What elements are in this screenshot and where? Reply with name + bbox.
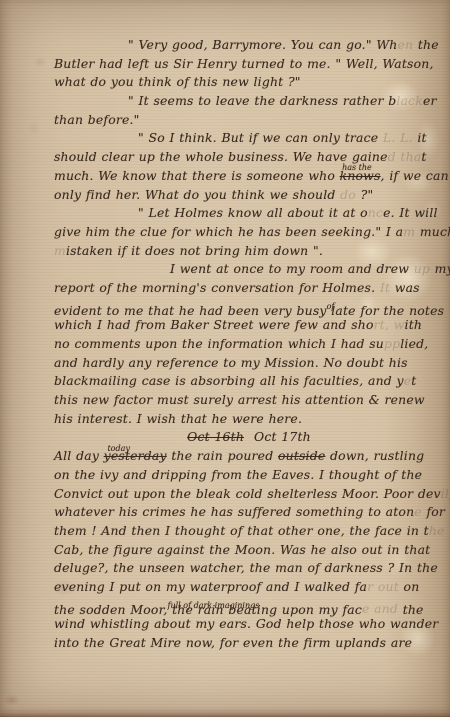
manuscript-line: Butler had left us Sir Henry turned to m… <box>54 55 444 74</box>
manuscript-line: wind whistling about my ears. God help t… <box>54 615 444 634</box>
text-segment: evident to me that he had been very busy <box>54 302 327 317</box>
manuscript-line: deluge?, the unseen watcher, the man of … <box>54 559 444 578</box>
manuscript-text: " Very good, Barrymore. You can go." Whe… <box>54 36 444 653</box>
faded-text: It <box>380 280 390 295</box>
manuscript-line: no comments upon the information which I… <box>54 335 444 354</box>
text-segment: " So I think. But if we can only trace <box>138 130 383 145</box>
manuscript-line: whatever his crimes he has suffered some… <box>54 503 444 522</box>
text-segment: much <box>415 224 450 239</box>
faded-text: L. L. <box>383 130 413 145</box>
struck-text: outside <box>278 448 325 463</box>
text-segment: , if we can <box>381 168 449 183</box>
text-segment: the <box>398 601 424 616</box>
faded-text: e <box>414 504 422 519</box>
interlinear-insertion: today <box>107 440 129 459</box>
text-segment: " Very good, Barrymore. You can go." Wh <box>128 37 397 52</box>
manuscript-line: " So I think. But if we can only trace L… <box>54 129 444 148</box>
manuscript-page: " Very good, Barrymore. You can go." Whe… <box>0 0 450 717</box>
manuscript-line: I went at once to my room and drew up my <box>54 260 444 279</box>
text-segment: I went at once to my room and drew <box>170 261 414 276</box>
faded-text: m <box>54 243 66 258</box>
text-segment: the rain beating upon my fac <box>167 601 362 616</box>
text-segment: the rain poured <box>167 448 278 463</box>
interlinear-insertion: has the <box>342 159 372 178</box>
text-segment: this new factor must surely arrest his a… <box>54 392 425 407</box>
faded-text: up <box>414 261 430 276</box>
manuscript-line: " It seems to leave the darkness rather … <box>54 92 444 111</box>
text-segment: late for the notes <box>327 302 445 317</box>
manuscript-line: on the ivy and dripping from the Eaves. … <box>54 466 444 485</box>
manuscript-line: " Let Holmes know all about it at once. … <box>54 204 444 223</box>
text-segment: the <box>413 37 439 52</box>
faded-text: en <box>397 37 413 52</box>
manuscript-line: evening I put on my waterproof and I wal… <box>54 578 444 597</box>
text-segment: no comments upon the information which I… <box>54 336 384 351</box>
manuscript-line: All day todayyesterday the rain poured o… <box>54 447 444 466</box>
text-segment: deluge?, the unseen watcher, the man of … <box>54 560 438 575</box>
text-segment: ?" <box>356 187 373 202</box>
text-segment: evening I put on my waterproof and I wal… <box>54 579 367 594</box>
text-segment: All day <box>54 448 104 463</box>
manuscript-line: than before." <box>54 111 444 130</box>
faded-text: nc <box>368 205 383 220</box>
text-segment: them ! And then I thought of that other … <box>54 523 429 538</box>
text-segment: it <box>413 130 427 145</box>
manuscript-line: this new factor must surely arrest his a… <box>54 391 444 410</box>
faded-text: lack <box>396 93 423 108</box>
text-segment: whatever his crimes he has suffered some… <box>54 504 414 519</box>
text-segment: my <box>430 261 450 276</box>
manuscript-line: Cab, the figure against the Moon. Was he… <box>54 541 444 560</box>
faded-text: rt, w <box>374 317 405 332</box>
faded-text: e and <box>362 601 398 616</box>
manuscript-line: report of the morning's conversation for… <box>54 279 444 298</box>
manuscript-line: much. We know that there is someone who … <box>54 167 444 186</box>
faded-text: m <box>403 224 415 239</box>
struck-text: Oct 16th <box>187 429 244 444</box>
faded-text: d tha <box>388 149 422 164</box>
text-segment: much. We know that there is someone who <box>54 168 340 183</box>
text-segment: on the ivy and dripping from the Eaves. … <box>54 467 422 482</box>
faded-text: r out <box>367 579 399 594</box>
text-segment: t <box>421 149 426 164</box>
faded-text: do <box>340 187 356 202</box>
manuscript-line: which I had from Baker Street were few a… <box>54 316 444 335</box>
text-segment: only find her. What do you think we shou… <box>54 187 340 202</box>
manuscript-line: blackmailing case is absorbing all his f… <box>54 372 444 391</box>
manuscript-line: give him the clue for which he has been … <box>54 223 444 242</box>
manuscript-line: should clear up the whole business. We h… <box>54 148 444 167</box>
faded-text: il <box>441 486 449 501</box>
text-segment: down, rustling <box>325 448 424 463</box>
text-segment: what do you think of this new light ?" <box>54 74 301 89</box>
text-segment: " Let Holmes know all about it at o <box>138 205 368 220</box>
text-segment: for <box>422 504 445 519</box>
text-segment: " It seems to leave the darkness rather … <box>128 93 396 108</box>
text-segment: and hardly any reference to my Mission. … <box>54 355 408 370</box>
manuscript-line: " Very good, Barrymore. You can go." Whe… <box>54 36 444 55</box>
text-segment: t <box>411 373 416 388</box>
text-segment: Convict out upon the bleak cold shelterl… <box>54 486 441 501</box>
manuscript-line: into the Great Mire now, for even the fi… <box>54 634 444 653</box>
text-segment: wind whistling about my ears. God help t… <box>54 616 438 631</box>
text-segment: his interest. I wish that he were here. <box>54 411 302 426</box>
text-segment: Oct 17th <box>254 429 311 444</box>
faded-text: pp <box>384 336 400 351</box>
correction: todayyesterday <box>104 447 167 466</box>
correction: has theknows <box>340 167 381 186</box>
text-segment: blackmailing case is absorbing all his f… <box>54 373 404 388</box>
text-segment: Butler had left us Sir Henry turned to m… <box>54 56 434 71</box>
text-segment: into the Great Mire now, for even the fi… <box>54 635 412 650</box>
manuscript-line: what do you think of this new light ?" <box>54 73 444 92</box>
faded-text: e <box>404 373 412 388</box>
text-segment: lied, <box>400 336 428 351</box>
manuscript-line: evident to me that he had been very busy… <box>54 298 444 317</box>
text-segment: report of the morning's conversation for… <box>54 280 380 295</box>
manuscript-line: and hardly any reference to my Mission. … <box>54 354 444 373</box>
text-segment: should clear up the whole business. We h… <box>54 149 388 164</box>
text-segment: than before." <box>54 112 140 127</box>
text-segment: give him the clue for which he has been … <box>54 224 403 239</box>
manuscript-line: Convict out upon the bleak cold shelterl… <box>54 485 444 504</box>
text-segment: was <box>390 280 420 295</box>
manuscript-line: them ! And then I thought of that other … <box>54 522 444 541</box>
text-segment: e. It will <box>383 205 438 220</box>
manuscript-line: his interest. I wish that he were here. <box>54 410 444 429</box>
text-segment: which I had from Baker Street were few a… <box>54 317 374 332</box>
faded-text: he <box>429 523 445 538</box>
text-segment: istaken if it does not bring him down ". <box>66 243 323 258</box>
text-segment: the sodden Moor, <box>54 601 167 616</box>
manuscript-line: the sodden Moor,full of dark imaginings … <box>54 597 444 616</box>
text-segment: on <box>399 579 419 594</box>
text-segment: Cab, the figure against the Moon. Was he… <box>54 542 430 557</box>
text-segment: er <box>423 93 437 108</box>
text-segment: ith <box>405 317 423 332</box>
manuscript-line: mistaken if it does not bring him down "… <box>54 242 444 261</box>
manuscript-line: only find her. What do you think we shou… <box>54 186 444 205</box>
